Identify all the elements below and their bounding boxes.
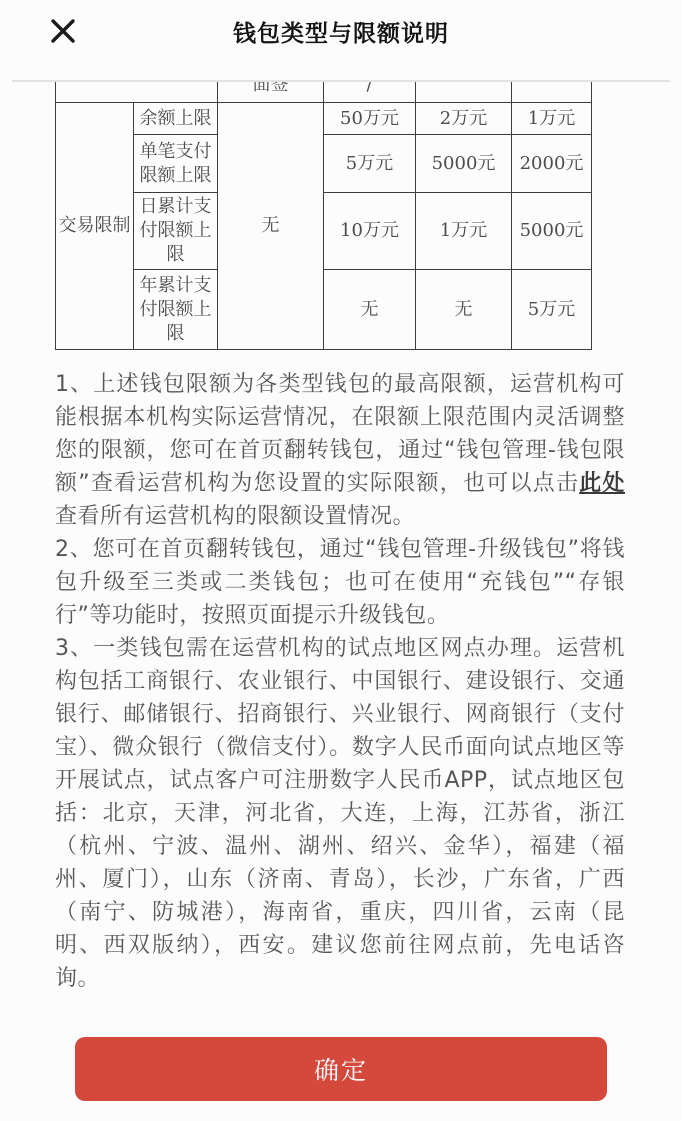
cell-row-label: 余额上限 [134,103,218,135]
limits-table-wrapper: 面签 / 交易限制 余额上限 无 50万元 2万元 1万元 单笔支付限额上限 5… [55,82,593,350]
header: 钱包类型与限额说明 [0,0,682,62]
cell-value: 无 [324,270,416,350]
close-icon [48,16,80,46]
confirm-button[interactable]: 确定 [75,1037,607,1101]
here-link[interactable]: 此处 [579,471,625,496]
cell-row-group-label: 交易限制 [56,103,134,350]
cell-value: 1万元 [512,103,592,135]
cell-clipped-empty [416,82,512,103]
table-row-daily-payment-limit: 日累计支付限额上限 10万元 1万元 5000元 [56,193,592,270]
table-row-balance-limit: 交易限制 余额上限 无 50万元 2万元 1万元 [56,103,592,135]
note-paragraph-1: 1、上述钱包限额为各类型钱包的最高限额，运营机构可能根据本机构实际运营情况，在限… [55,368,625,533]
cell-value: 5000元 [416,135,512,193]
cell-signing: 面签 [218,82,324,103]
cell-clipped-empty [56,82,218,103]
cell-row-label: 年累计支付限额上限 [134,270,218,350]
cell-row-label: 日累计支付限额上限 [134,193,218,270]
note-1-text: 1、上述钱包限额为各类型钱包的最高限额，运营机构可能根据本机构实际运营情况，在限… [55,372,625,496]
cell-value: 1万元 [416,193,512,270]
table-row-clipped: 面签 / [56,82,592,103]
table-row-single-payment-limit: 单笔支付限额上限 5万元 5000元 2000元 [56,135,592,193]
cell-value: 2000元 [512,135,592,193]
note-paragraph-3: 3、一类钱包需在运营机构的试点地区网点办理。运营机构包括工商银行、农业银行、中国… [55,632,625,995]
close-button[interactable] [46,13,82,49]
cell-value: 10万元 [324,193,416,270]
table-row-yearly-payment-limit: 年累计支付限额上限 无 无 5万元 [56,270,592,350]
page-title: 钱包类型与限额说明 [233,15,449,48]
cell-value: 5万元 [512,270,592,350]
cell-clipped-empty [512,82,592,103]
cell-value: 无 [416,270,512,350]
note-paragraph-2: 2、您可在首页翻转钱包，通过“钱包管理-升级钱包”将钱包升级至三类或二类钱包；也… [55,533,625,632]
cell-value: 2万元 [416,103,512,135]
cell-value: 50万元 [324,103,416,135]
cell-slash: / [324,82,416,103]
cell-row-label: 单笔支付限额上限 [134,135,218,193]
note-1-text-after: 查看所有运营机构的限额设置情况。 [55,504,415,529]
cell-value: 5000元 [512,193,592,270]
cell-value: 5万元 [324,135,416,193]
limits-table: 面签 / 交易限制 余额上限 无 50万元 2万元 1万元 单笔支付限额上限 5… [55,82,592,350]
notes-section: 1、上述钱包限额为各类型钱包的最高限额，运营机构可能根据本机构实际运营情况，在限… [55,368,625,995]
cell-merged-none: 无 [218,103,324,350]
